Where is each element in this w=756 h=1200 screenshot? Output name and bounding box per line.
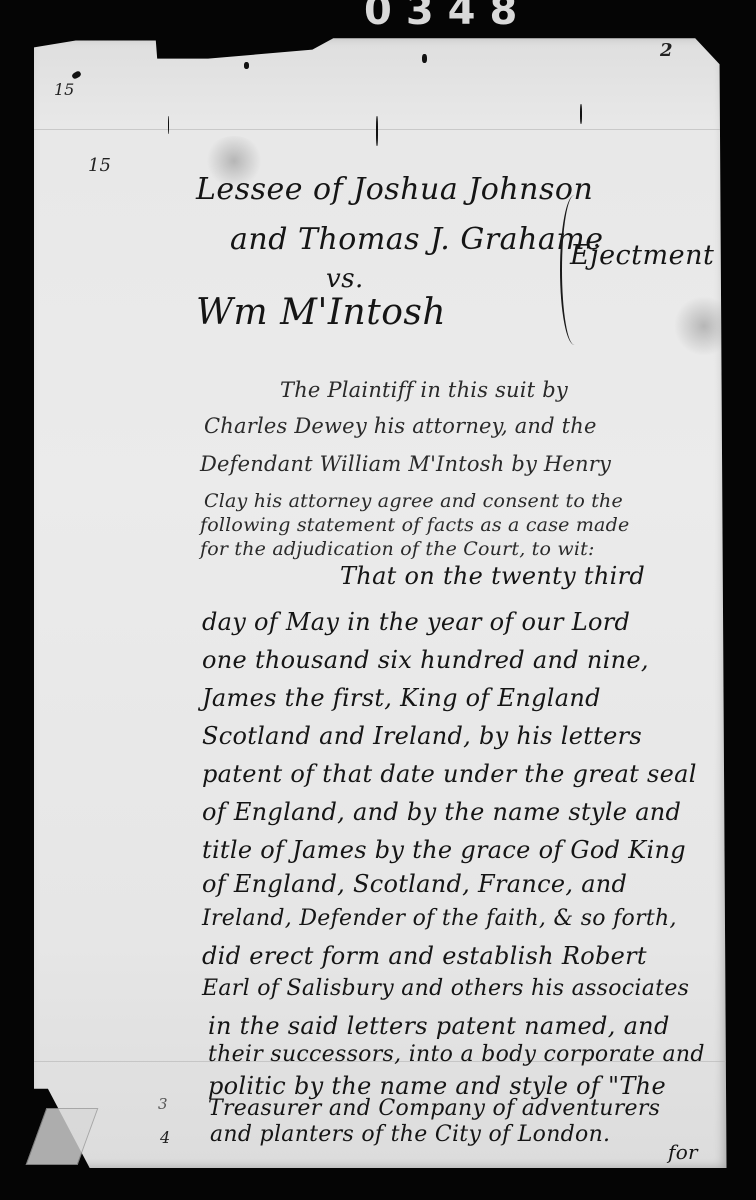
statement-line: James the first, King of England bbox=[202, 684, 601, 712]
statement-line: Ireland, Defender of the faith, & so for… bbox=[202, 906, 677, 931]
ink-stroke bbox=[580, 104, 582, 124]
ink-blot bbox=[422, 54, 427, 63]
statement-line: Clay his attorney agree and consent to t… bbox=[204, 490, 623, 512]
margin-number-second: 15 bbox=[88, 155, 111, 176]
catchword: for bbox=[668, 1140, 698, 1164]
statement-line: Earl of Salisbury and others his associa… bbox=[202, 976, 689, 1001]
statement-line: for the adjudication of the Court, to wi… bbox=[200, 538, 595, 560]
statement-line: Treasurer and Company of adventurers bbox=[208, 1096, 660, 1121]
stain bbox=[674, 296, 734, 356]
statement-line: title of James by the grace of God King bbox=[202, 836, 686, 864]
statement-line: Scotland and Ireland, by his letters bbox=[202, 722, 642, 750]
ink-blot bbox=[244, 62, 249, 69]
margin-mark-bottom-a: 3 bbox=[158, 1095, 168, 1113]
frame-number: 0348 bbox=[364, 0, 531, 34]
statement-line: did erect form and establish Robert bbox=[202, 942, 647, 970]
statement-line: following statement of facts as a case m… bbox=[200, 514, 629, 536]
ink-blot bbox=[71, 70, 82, 80]
margin-mark-bottom-b: 4 bbox=[160, 1128, 170, 1147]
statement-line: day of May in the year of our Lord bbox=[202, 608, 630, 636]
margin-number-top: 15 bbox=[54, 80, 74, 99]
caption-defendant: Wm M'Intosh bbox=[196, 292, 446, 333]
statement-line: and planters of the City of London. bbox=[210, 1122, 610, 1147]
statement-line: That on the twenty third bbox=[340, 562, 645, 590]
statement-line: one thousand six hundred and nine, bbox=[202, 646, 649, 674]
fold-line bbox=[34, 129, 730, 130]
statement-line: of England, and by the name style and bbox=[202, 798, 681, 826]
statement-line: their successors, into a body corporate … bbox=[208, 1042, 705, 1067]
margin-mark-top-right: 2 bbox=[660, 40, 673, 61]
caption-versus: vs. bbox=[326, 264, 364, 294]
caption-action-ejectment: Ejectment bbox=[570, 240, 714, 271]
statement-line: Defendant William M'Intosh by Henry bbox=[200, 452, 611, 476]
statement-line: The Plaintiff in this suit by bbox=[280, 378, 568, 402]
ink-stroke bbox=[376, 116, 378, 146]
statement-line: in the said letters patent named, and bbox=[208, 1012, 670, 1040]
caption-plaintiff-line-1: Lessee of Joshua Johnson bbox=[196, 172, 593, 207]
ink-stroke bbox=[168, 116, 169, 134]
statement-line: of England, Scotland, France, and bbox=[202, 870, 627, 898]
statement-line: Charles Dewey his attorney, and the bbox=[204, 414, 597, 438]
caption-plaintiff-line-2: and Thomas J. Grahame bbox=[230, 222, 603, 257]
statement-line: patent of that date under the great seal bbox=[202, 760, 697, 788]
